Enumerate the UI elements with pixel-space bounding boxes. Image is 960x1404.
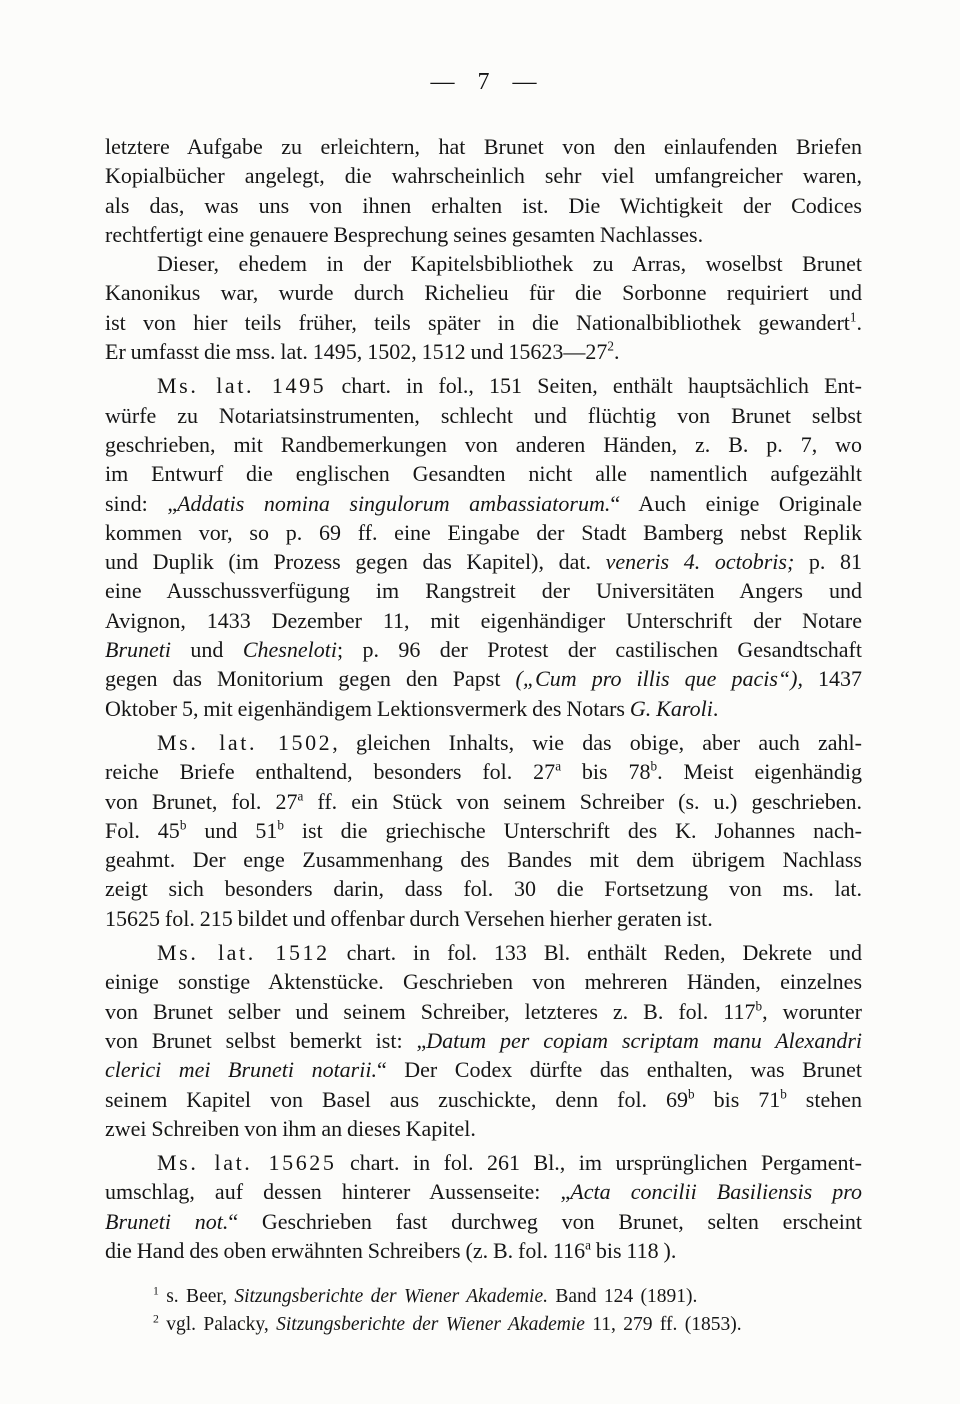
text-run: als das, was uns von ihnen erhalten ist.… (105, 193, 862, 218)
text-run: Ms. lat. 1502 (157, 730, 332, 755)
text-run: ff. ein Stück von seinem Schreiber (s. u… (303, 789, 862, 814)
text-run: Ms. lat. 1512 (157, 940, 330, 965)
text-run: Acta concilii Basiliensis pro (570, 1179, 862, 1204)
text-run: Dieser, ehedem in der Kapitelsbibliothek… (157, 251, 862, 276)
text-run: einige sonstige Aktenstücke. Geschrieben… (105, 969, 862, 994)
text-line: eine Ausschussverfügung im Rangstreit de… (105, 576, 862, 605)
text-line: seinem Kapitel von Basel aus zuschickte,… (105, 1085, 862, 1114)
text-line: Avignon, 1433 Dezember 11, mit eigenhänd… (105, 606, 862, 635)
text-line: zeigt sich besonders darin, dass fol. 30… (105, 874, 862, 903)
text-run: würfe zu Notariatsinstrumenten, schlecht… (105, 403, 862, 428)
text-run: . (614, 339, 620, 364)
text-run: Ms. lat. 15625 (157, 1150, 337, 1175)
text-line: zwei Schreiben von ihm an dieses Kapitel… (105, 1114, 862, 1143)
text-line: reiche Briefe enthaltend, besonders fol.… (105, 757, 862, 786)
text-run: Ms. lat. 1495 (157, 373, 326, 398)
text-run: Bruneti not. (105, 1209, 228, 1234)
text-run: Er umfasst die mss. lat. 1495, 1502, 151… (105, 339, 607, 364)
text-line: die Hand des oben erwähnten Schreibers (… (105, 1236, 862, 1265)
text-run: 15625 fol. 215 bildet und offenbar durch… (105, 906, 713, 931)
text-line: von Brunet, fol. 27a ff. ein Stück von s… (105, 787, 862, 816)
text-run: letztere Aufgabe zu erleichtern, hat Bru… (105, 134, 862, 159)
text-line: Ms. lat. 15625 chart. in fol. 261 Bl., i… (105, 1148, 862, 1177)
text-run: geahmt. Der enge Zusammenhang des Bandes… (105, 847, 862, 872)
text-run: 11, 279 ff. (1853). (585, 1314, 742, 1335)
text-run: von Brunet, fol. 27 (105, 789, 298, 814)
text-line: Dieser, ehedem in der Kapitelsbibliothek… (105, 249, 862, 278)
text-line: gegen das Monitorium gegen den Papst („C… (105, 664, 862, 693)
text-run: 2 (607, 339, 614, 354)
text-run: geschrieben, mit Randbemerkungen von and… (105, 432, 862, 457)
paragraph: letztere Aufgabe zu erleichtern, hat Bru… (105, 132, 862, 249)
text-run: kommen vor, so p. 69 ff. eine Eingabe de… (105, 520, 862, 545)
text-run: eine Ausschussverfügung im Rangstreit de… (105, 578, 862, 603)
text-run: bis 78 (561, 759, 650, 784)
text-run: Bruneti (105, 637, 171, 662)
text-line: als das, was uns von ihnen erhalten ist.… (105, 191, 862, 220)
text-run: 1437 (803, 666, 862, 691)
text-run: 1 (850, 309, 857, 324)
text-run: und (171, 637, 243, 662)
text-run: “ Auch einige Originale (610, 491, 862, 516)
text-run: seinem Kapitel von Basel aus zuschickte,… (105, 1087, 688, 1112)
text-run: umschlag, auf dessen hinterer Aussenseit… (105, 1179, 570, 1204)
text-run: bis 71 (695, 1087, 781, 1112)
text-line: Kanonikus war, wurde durch Richelieu für… (105, 278, 862, 307)
text-line: Bruneti not.“ Geschrieben fast durchweg … (105, 1207, 862, 1236)
text-line: 15625 fol. 215 bildet und offenbar durch… (105, 904, 862, 933)
text-line: sind: „Addatis nomina singulorum ambassi… (105, 489, 862, 518)
text-run: Kopialbücher angelegt, die wahrscheinlic… (105, 163, 862, 188)
text-run: . (713, 696, 719, 721)
text-line: einige sonstige Aktenstücke. Geschrieben… (105, 967, 862, 996)
footnote-line: 2 vgl. Palacky, Sitzungsberichte der Wie… (153, 1311, 883, 1339)
text-run: s. Beer, (159, 1286, 235, 1307)
text-line: Ms. lat. 1495 chart. in fol., 151 Seiten… (105, 371, 862, 400)
text-line: letztere Aufgabe zu erleichtern, hat Bru… (105, 132, 862, 161)
text-line: Er umfasst die mss. lat. 1495, 1502, 151… (105, 337, 862, 366)
text-run: chart. in fol., 151 Seiten, enthält haup… (326, 373, 862, 398)
text-run: gegen das Monitorium gegen den Papst (105, 666, 516, 691)
footnote-line: 1 s. Beer, Sitzungsberichte der Wiener A… (153, 1283, 883, 1311)
text-run: “ Geschrieben fast durchweg von Brunet, … (228, 1209, 862, 1234)
text-run: und 51 (186, 818, 277, 843)
paragraph: Dieser, ehedem in der Kapitelsbibliothek… (105, 249, 862, 366)
text-run: chart. in fol. 133 Bl. enthält Reden, De… (330, 940, 862, 965)
text-line: umschlag, auf dessen hinterer Aussenseit… (105, 1177, 862, 1206)
text-line: würfe zu Notariatsinstrumenten, schlecht… (105, 401, 862, 430)
page-number: — 7 — (105, 69, 862, 96)
text-run: clerici mei Bruneti notarii. (105, 1057, 377, 1082)
text-run: Sitzungsberichte der Wiener Akademie (276, 1314, 585, 1335)
text-line: Fol. 45b und 51b ist die griechische Unt… (105, 816, 862, 845)
scanned-book-page: — 7 — letztere Aufgabe zu erleichtern, h… (0, 0, 960, 1404)
text-run: b (277, 818, 284, 833)
text-run: vgl. Palacky, (159, 1314, 276, 1335)
text-line: von Brunet selber und seinem Schreiber, … (105, 997, 862, 1026)
text-run: ist die griechische Unterschrift des K. … (284, 818, 862, 843)
text-run: rechtfertigt eine genauere Besprechung s… (105, 222, 703, 247)
footnotes: 1 s. Beer, Sitzungsberichte der Wiener A… (153, 1283, 883, 1338)
text-line: geschrieben, mit Randbemerkungen von and… (105, 430, 862, 459)
text-run: “ Der Codex dürfte das enthalten, was Br… (377, 1057, 862, 1082)
text-run: , gleichen Inhalts, wie das obige, aber … (332, 730, 862, 755)
text-line: clerici mei Bruneti notarii.“ Der Codex … (105, 1055, 862, 1084)
text-run: und Duplik (im Prozess gegen das Kapitel… (105, 549, 606, 574)
text-line: kommen vor, so p. 69 ff. eine Eingabe de… (105, 518, 862, 547)
text-line: von Brunet selbst bemerkt ist: „Datum pe… (105, 1026, 862, 1055)
text-line: Ms. lat. 1512 chart. in fol. 133 Bl. ent… (105, 938, 862, 967)
paragraph: Ms. lat. 1495 chart. in fol., 151 Seiten… (105, 371, 862, 723)
text-line: Kopialbücher angelegt, die wahrscheinlic… (105, 161, 862, 190)
text-line: Bruneti und Chesneloti; p. 96 der Protes… (105, 635, 862, 664)
text-run: zwei Schreiben von ihm an dieses Kapitel… (105, 1116, 476, 1141)
text-run: bis 118 ). (591, 1238, 676, 1263)
text-run: Datum per copiam scriptam manu Alexandri (426, 1028, 862, 1053)
text-run: Band 124 (1891). (548, 1286, 697, 1307)
text-run: im Entwurf die englischen Gesandten nich… (105, 461, 862, 486)
body-text: letztere Aufgabe zu erleichtern, hat Bru… (105, 132, 862, 1265)
text-run: von Brunet selbst bemerkt ist: „ (105, 1028, 426, 1053)
text-run: b (780, 1086, 787, 1101)
text-line: geahmt. Der enge Zusammenhang des Bandes… (105, 845, 862, 874)
text-run: Sitzungsberichte der Wiener Akademie. (234, 1286, 548, 1307)
text-line: ist von hier teils früher, teils später … (105, 308, 862, 337)
text-run: ist von hier teils früher, teils später … (105, 310, 850, 335)
paragraph: Ms. lat. 1512 chart. in fol. 133 Bl. ent… (105, 938, 862, 1143)
text-run: Addatis nomina singulorum ambassiatorum. (177, 491, 610, 516)
text-line: und Duplik (im Prozess gegen das Kapitel… (105, 547, 862, 576)
text-run: zeigt sich besonders darin, dass fol. 30… (105, 876, 862, 901)
text-line: im Entwurf die englischen Gesandten nich… (105, 459, 862, 488)
text-run: die Hand des oben erwähnten Schreibers (… (105, 1238, 585, 1263)
text-run: sind: „ (105, 491, 177, 516)
text-line: rechtfertigt eine genauere Besprechung s… (105, 220, 862, 249)
text-run: reiche Briefe enthaltend, besonders fol.… (105, 759, 555, 784)
text-run: von Brunet selber und seinem Schreiber, … (105, 999, 755, 1024)
text-run: stehen (787, 1087, 862, 1112)
text-run: b (688, 1086, 695, 1101)
text-line: Ms. lat. 1502, gleichen Inhalts, wie das… (105, 728, 862, 757)
text-run: chart. in fol. 261 Bl., im ursprüngliche… (337, 1150, 862, 1175)
paragraph: Ms. lat. 1502, gleichen Inhalts, wie das… (105, 728, 862, 933)
text-run: Chesneloti (243, 637, 337, 662)
text-run: ; p. 96 der Protest der castilischen Ges… (337, 637, 862, 662)
text-line: Oktober 5, mit eigenhändigem Lektionsver… (105, 694, 862, 723)
text-run: Oktober 5, mit eigenhändigem Lektionsver… (105, 696, 630, 721)
paragraph: Ms. lat. 15625 chart. in fol. 261 Bl., i… (105, 1148, 862, 1265)
text-run: veneris 4. octobris; (606, 549, 795, 574)
text-run: G. Karoli (630, 696, 713, 721)
text-run: Kanonikus war, wurde durch Richelieu für… (105, 280, 862, 305)
text-run: Avignon, 1433 Dezember 11, mit eigenhänd… (105, 608, 862, 633)
text-run: . Meist eigenhändig (657, 759, 862, 784)
text-run: („Cum pro illis que pacis“), (516, 666, 803, 691)
text-run: p. 81 (794, 549, 862, 574)
text-run: Fol. 45 (105, 818, 180, 843)
text-run: . (857, 310, 863, 335)
text-run: , worunter (762, 999, 862, 1024)
